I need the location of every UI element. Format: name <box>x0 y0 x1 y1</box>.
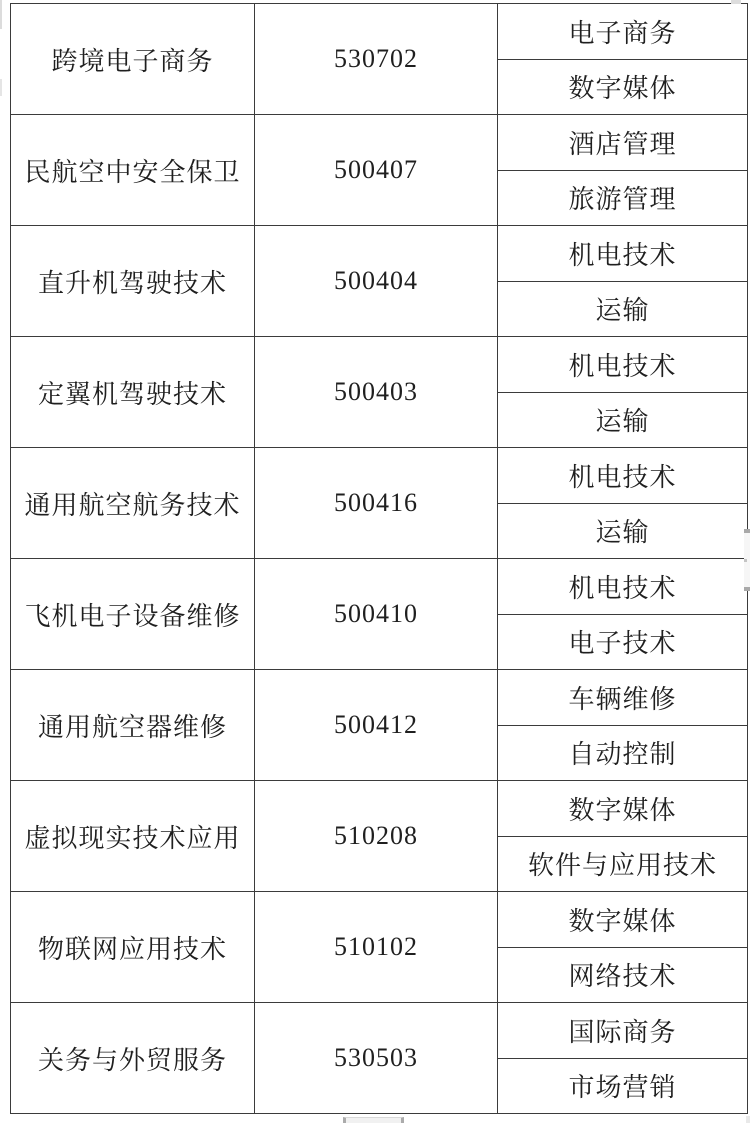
related-field-cell: 运输 <box>498 392 748 448</box>
related-field-cell: 机电技术 <box>498 337 748 393</box>
page-edge-artifact-top-right <box>731 0 741 4</box>
page-edge-artifact-bottom-right <box>746 1116 750 1123</box>
vertical-scrollbar-thumb[interactable] <box>744 529 750 591</box>
related-field-cell: 数字媒体 <box>498 59 748 115</box>
major-name-cell: 虚拟现实技术应用 <box>11 781 255 892</box>
majors-table: 跨境电子商务 530702 电子商务 数字媒体 民航空中安全保卫 500407 … <box>10 3 748 1114</box>
major-name-cell: 通用航空航务技术 <box>11 448 255 559</box>
table-row: 飞机电子设备维修 500410 机电技术 <box>11 559 748 615</box>
related-field-cell: 数字媒体 <box>498 781 748 837</box>
major-code-cell: 500410 <box>255 559 498 670</box>
major-name-cell: 民航空中安全保卫 <box>11 115 255 226</box>
related-field-cell: 自动控制 <box>498 725 748 781</box>
table-row: 虚拟现实技术应用 510208 数字媒体 <box>11 781 748 837</box>
scrollbar-grip-icon <box>744 559 747 562</box>
related-field-cell: 电子商务 <box>498 4 748 60</box>
related-field-cell: 酒店管理 <box>498 115 748 171</box>
related-field-cell: 机电技术 <box>498 448 748 504</box>
related-field-cell: 旅游管理 <box>498 170 748 226</box>
major-name-cell: 通用航空器维修 <box>11 670 255 781</box>
related-field-cell: 运输 <box>498 503 748 559</box>
major-code-cell: 500404 <box>255 226 498 337</box>
table-row: 关务与外贸服务 530503 国际商务 <box>11 1003 748 1059</box>
major-code-cell: 500412 <box>255 670 498 781</box>
related-field-cell: 软件与应用技术 <box>498 836 748 892</box>
major-name-cell: 跨境电子商务 <box>11 4 255 115</box>
major-code-cell: 510102 <box>255 892 498 1003</box>
table-row: 跨境电子商务 530702 电子商务 <box>11 4 748 60</box>
major-code-cell: 500416 <box>255 448 498 559</box>
table-row: 物联网应用技术 510102 数字媒体 <box>11 892 748 948</box>
major-name-cell: 物联网应用技术 <box>11 892 255 1003</box>
major-code-cell: 510208 <box>255 781 498 892</box>
page-bottom-partial-control[interactable] <box>343 1117 404 1123</box>
table-row: 民航空中安全保卫 500407 酒店管理 <box>11 115 748 171</box>
major-name-cell: 飞机电子设备维修 <box>11 559 255 670</box>
table-row: 直升机驾驶技术 500404 机电技术 <box>11 226 748 282</box>
major-name-cell: 关务与外贸服务 <box>11 1003 255 1114</box>
table-row: 通用航空器维修 500412 车辆维修 <box>11 670 748 726</box>
major-code-cell: 500407 <box>255 115 498 226</box>
table-row: 通用航空航务技术 500416 机电技术 <box>11 448 748 504</box>
document-page: 跨境电子商务 530702 电子商务 数字媒体 民航空中安全保卫 500407 … <box>0 0 750 1123</box>
related-field-cell: 机电技术 <box>498 226 748 282</box>
major-code-cell: 530503 <box>255 1003 498 1114</box>
major-name-cell: 定翼机驾驶技术 <box>11 337 255 448</box>
major-code-cell: 500403 <box>255 337 498 448</box>
related-field-cell: 网络技术 <box>498 947 748 1003</box>
majors-table-body: 跨境电子商务 530702 电子商务 数字媒体 民航空中安全保卫 500407 … <box>11 4 748 1114</box>
related-field-cell: 车辆维修 <box>498 670 748 726</box>
related-field-cell: 电子技术 <box>498 614 748 670</box>
table-row: 定翼机驾驶技术 500403 机电技术 <box>11 337 748 393</box>
related-field-cell: 数字媒体 <box>498 892 748 948</box>
related-field-cell: 机电技术 <box>498 559 748 615</box>
page-edge-artifact-left-mid <box>0 79 2 96</box>
related-field-cell: 运输 <box>498 281 748 337</box>
page-edge-artifact-left-top <box>0 0 2 29</box>
major-code-cell: 530702 <box>255 4 498 115</box>
related-field-cell: 市场营销 <box>498 1058 748 1114</box>
major-name-cell: 直升机驾驶技术 <box>11 226 255 337</box>
related-field-cell: 国际商务 <box>498 1003 748 1059</box>
